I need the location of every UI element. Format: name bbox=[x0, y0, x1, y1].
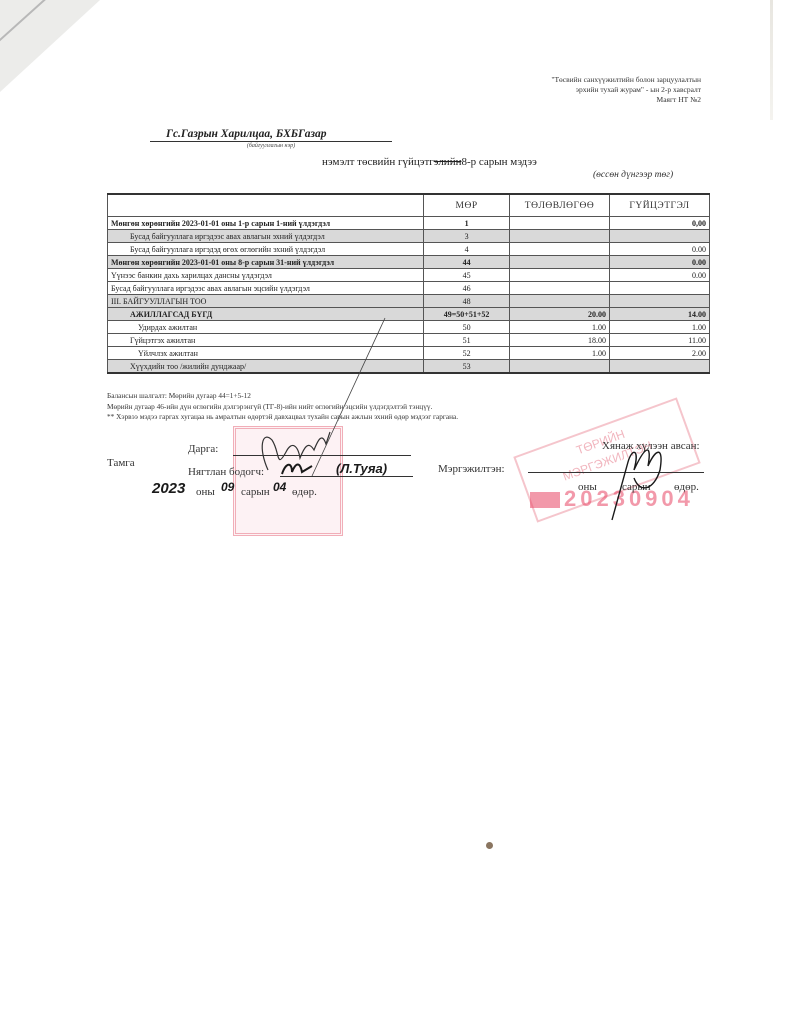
official-seal-stamp bbox=[233, 426, 343, 536]
column-header-row-number: МӨР bbox=[424, 194, 510, 217]
received-date-stamp: 20230904 bbox=[530, 486, 694, 512]
page-right-edge bbox=[770, 0, 773, 120]
actual-value: 0.00 bbox=[609, 243, 709, 256]
plan-value: 18.00 bbox=[510, 334, 610, 347]
row-label: Үүнээс банкин дахь харилцах дансны үлдэг… bbox=[108, 269, 424, 282]
title-suffix: 8-р сарын мэдээ bbox=[461, 156, 536, 168]
actual-value: 11.00 bbox=[609, 334, 709, 347]
form-reference-line: "Төсвийн санхүүжилтийн болон зарцуулалты… bbox=[551, 75, 701, 85]
table-row: Хүүхдийн тоо /жилийн дунджаар/53 bbox=[108, 360, 710, 374]
column-header-label bbox=[108, 194, 424, 217]
actual-value: 0,00 bbox=[609, 217, 709, 230]
column-header-plan: ТӨЛӨВЛӨГӨӨ bbox=[510, 194, 610, 217]
plan-value bbox=[510, 295, 610, 308]
stamp-ink-blob bbox=[530, 492, 560, 508]
plan-value bbox=[510, 282, 610, 295]
form-reference-line: Маягт НТ №2 bbox=[551, 95, 701, 105]
row-number: 3 bbox=[424, 230, 510, 243]
specialist-date-day: өдөр. bbox=[674, 481, 699, 493]
note-line: Мөрийн дугаар 46-ийн дүн өглөгийн дэлгэр… bbox=[107, 402, 458, 413]
actual-value: 2.00 bbox=[609, 347, 709, 360]
row-number: 48 bbox=[424, 295, 510, 308]
form-reference: "Төсвийн санхүүжилтийн болон зарцуулалты… bbox=[551, 75, 701, 105]
plan-value: 1.00 bbox=[510, 321, 610, 334]
accountant-name-handwritten: (Л.Туяа) bbox=[336, 461, 387, 476]
director-label: Дарга: bbox=[188, 443, 218, 455]
row-number: 51 bbox=[424, 334, 510, 347]
row-label: Хүүхдийн тоо /жилийн дунджаар/ bbox=[108, 360, 424, 374]
row-number: 45 bbox=[424, 269, 510, 282]
seal-label: Тамга bbox=[107, 457, 135, 469]
row-number: 4 bbox=[424, 243, 510, 256]
date-year-suffix: оны bbox=[196, 486, 215, 498]
actual-value: 1.00 bbox=[609, 321, 709, 334]
paper-speck bbox=[486, 842, 493, 849]
date-day-handwritten: 04 bbox=[273, 480, 286, 494]
director-signature-line bbox=[233, 455, 411, 456]
table-row: Мөнгөн хөрөнгийн 2023-01-01 оны 1-р сары… bbox=[108, 217, 710, 230]
table-row: Бусад байгууллага иргэдээс авах авлагын … bbox=[108, 230, 710, 243]
plan-value bbox=[510, 269, 610, 282]
table-row: III. БАЙГУУЛЛАГЫН ТОО48 bbox=[108, 295, 710, 308]
title-struck-text: элийн bbox=[434, 156, 462, 168]
table-row: АЖИЛЛАГСАД БҮГД49=50+51+5220.0014.00 bbox=[108, 308, 710, 321]
report-title: нэмэлт төсвийн гүйцэтгэлийн8-р сарын мэд… bbox=[322, 156, 537, 168]
row-label: Бусад байгууллага иргэдэд өгөх өглөгийн … bbox=[108, 243, 424, 256]
table-row: Гүйцэтгэх ажилтан5118.0011.00 bbox=[108, 334, 710, 347]
organization-block: Гс.Газрын Харилцаа, БХБГазар (байгууллаг… bbox=[150, 128, 392, 149]
row-label: Бусад байгууллага иргэдээс авах авлагын … bbox=[108, 282, 424, 295]
row-label: Мөнгөн хөрөнгийн 2023-01-01 оны 8-р сары… bbox=[108, 256, 424, 269]
row-label: Удирдах ажилтан bbox=[108, 321, 424, 334]
accountant-label: Нягтлан бодогч: bbox=[188, 466, 264, 478]
date-day-suffix: өдөр. bbox=[292, 486, 317, 498]
plan-value bbox=[510, 230, 610, 243]
specialist-signature-line bbox=[528, 472, 704, 473]
title-prefix: нэмэлт төсвийн гүйцэтг bbox=[322, 156, 434, 168]
row-label: АЖИЛЛАГСАД БҮГД bbox=[108, 308, 424, 321]
plan-value bbox=[510, 256, 610, 269]
row-number: 49=50+51+52 bbox=[424, 308, 510, 321]
plan-value bbox=[510, 217, 610, 230]
row-label: Мөнгөн хөрөнгийн 2023-01-01 оны 1-р сары… bbox=[108, 217, 424, 230]
organization-caption: (байгууллагын нэр) bbox=[150, 143, 392, 149]
report-table: МӨР ТӨЛӨВЛӨГӨӨ ГҮЙЦЭТГЭЛ Мөнгөн хөрөнгий… bbox=[107, 193, 710, 374]
table-row: Бусад байгууллага иргэдэд өгөх өглөгийн … bbox=[108, 243, 710, 256]
form-reference-line: эрхийн тухай журам" - ын 2-р хавсралт bbox=[551, 85, 701, 95]
row-number: 1 bbox=[424, 217, 510, 230]
actual-value: 0.00 bbox=[609, 256, 709, 269]
actual-value: 14.00 bbox=[609, 308, 709, 321]
row-number: 53 bbox=[424, 360, 510, 374]
actual-value: 0.00 bbox=[609, 269, 709, 282]
page-corner-fold bbox=[0, 0, 100, 92]
plan-value: 20.00 bbox=[510, 308, 610, 321]
row-label: III. БАЙГУУЛЛАГЫН ТОО bbox=[108, 295, 424, 308]
table-body: Мөнгөн хөрөнгийн 2023-01-01 оны 1-р сары… bbox=[108, 217, 710, 374]
row-number: 44 bbox=[424, 256, 510, 269]
row-label: Бусад байгууллага иргэдээс авах авлагын … bbox=[108, 230, 424, 243]
specialist-date-year: оны bbox=[578, 481, 597, 493]
plan-value bbox=[510, 243, 610, 256]
actual-value bbox=[609, 360, 709, 374]
actual-value bbox=[609, 230, 709, 243]
note-line: ** Хэрвээ мэдээ гаргах хугацаа нь амралт… bbox=[107, 412, 458, 423]
balance-check-note: Балансын шалгалт: Мөрийн дугаар 44=1+5-1… bbox=[107, 391, 458, 402]
accountant-signature-line bbox=[280, 476, 413, 477]
specialist-date-month: сарын bbox=[622, 481, 651, 493]
organization-name: Гс.Газрын Харилцаа, БХБГазар bbox=[150, 128, 392, 142]
table-row: Үүнээс банкин дахь харилцах дансны үлдэг… bbox=[108, 269, 710, 282]
row-number: 46 bbox=[424, 282, 510, 295]
plan-value: 1.00 bbox=[510, 347, 610, 360]
table-row: Бусад байгууллага иргэдээс авах авлагын … bbox=[108, 282, 710, 295]
table-row: Үйлчлэх ажилтан521.002.00 bbox=[108, 347, 710, 360]
column-header-actual: ГҮЙЦЭТГЭЛ bbox=[609, 194, 709, 217]
unit-note: (өссөн дүнгээр төг) bbox=[593, 170, 673, 180]
date-month-handwritten: 09 bbox=[221, 480, 234, 494]
row-label: Гүйцэтгэх ажилтан bbox=[108, 334, 424, 347]
date-month-suffix: сарын bbox=[241, 486, 270, 498]
row-number: 50 bbox=[424, 321, 510, 334]
table-header-row: МӨР ТӨЛӨВЛӨГӨӨ ГҮЙЦЭТГЭЛ bbox=[108, 194, 710, 217]
row-number: 52 bbox=[424, 347, 510, 360]
reviewed-label: Хянаж хүлээн авсан: bbox=[602, 440, 700, 452]
specialist-label: Мэргэжилтэн: bbox=[438, 463, 505, 475]
date-year-handwritten: 2023 bbox=[152, 480, 185, 497]
actual-value bbox=[609, 282, 709, 295]
plan-value bbox=[510, 360, 610, 374]
notes: Балансын шалгалт: Мөрийн дугаар 44=1+5-1… bbox=[107, 391, 458, 423]
table-row: Удирдах ажилтан501.001.00 bbox=[108, 321, 710, 334]
actual-value bbox=[609, 295, 709, 308]
handwritten-signatures bbox=[0, 0, 791, 1024]
table-row: Мөнгөн хөрөнгийн 2023-01-01 оны 8-р сары… bbox=[108, 256, 710, 269]
row-label: Үйлчлэх ажилтан bbox=[108, 347, 424, 360]
